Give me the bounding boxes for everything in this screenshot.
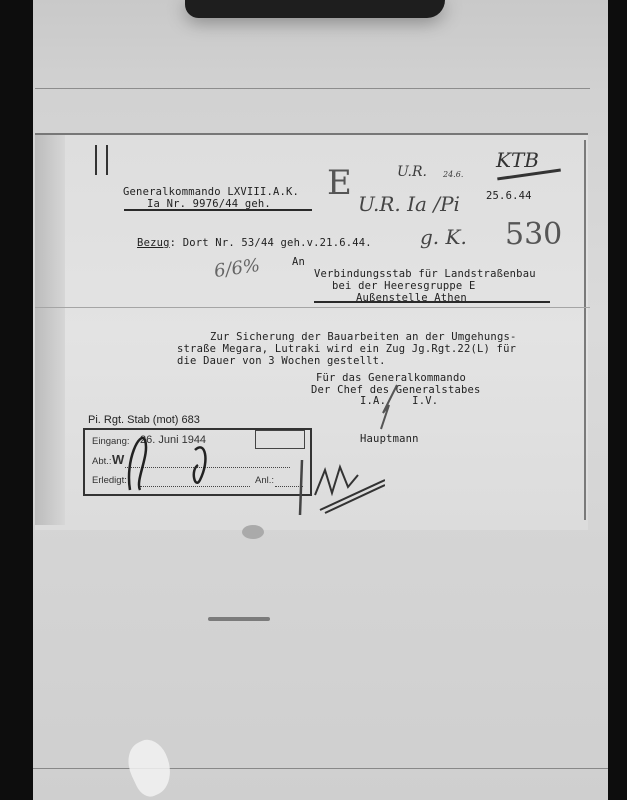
- sender-underline: [124, 209, 312, 211]
- memo-fold: [35, 307, 590, 308]
- handwritten-ur-top: U.R.: [397, 164, 427, 180]
- handwritten-ur-ia-pi: U.R. Ia /Pi: [358, 192, 460, 216]
- reference-text: : Dort Nr. 53/44 geh.v.21.6.44.: [170, 237, 372, 249]
- recipient-underline: [314, 301, 550, 303]
- signature-rank: Hauptmann: [360, 433, 419, 445]
- signature-scribble-icon: [375, 383, 405, 433]
- initials-scribble-icon: [290, 455, 385, 520]
- handwritten-ur-date: 24.6.: [443, 170, 463, 179]
- fold-line-top: [35, 88, 590, 89]
- binder-clip: [185, 0, 445, 18]
- handwritten-number: 530: [505, 217, 562, 252]
- body-line-2: straße Megara, Lutraki wird ein Zug Jg.R…: [177, 343, 516, 355]
- punch-mark: [106, 145, 108, 175]
- handwritten-gk: g. K.: [420, 225, 467, 249]
- body-line-3: die Dauer von 3 Wochen gestellt.: [177, 355, 386, 367]
- stamp-anl-label: Anl.:: [255, 475, 274, 486]
- page-bottom-line: [33, 768, 608, 769]
- paper-streak: [208, 617, 270, 621]
- memo-edge: [584, 140, 586, 520]
- reference-label: Bezug: [137, 237, 170, 249]
- sender-line-1: Generalkommando LXVIII.A.K.: [123, 186, 299, 198]
- handwritten-e-mark: E: [327, 163, 352, 203]
- handwritten-ktb: KTB: [496, 148, 539, 172]
- stamp-abt-label: Abt.:: [92, 456, 112, 467]
- body-line-1: Zur Sicherung der Bauarbeiten an der Umg…: [210, 331, 517, 343]
- punch-mark: [95, 145, 97, 175]
- document-date: 25.6.44: [486, 190, 532, 202]
- memo-shadow: [35, 135, 65, 525]
- stamp-handwriting-icon: [120, 420, 220, 500]
- paper-blot: [242, 525, 264, 539]
- recipient-line-2: bei der Heeresgruppe E: [332, 280, 475, 292]
- stamp-corner-box: [255, 430, 305, 449]
- recipient-line-1: Verbindungsstab für Landstraßenbau: [314, 268, 536, 280]
- recipient-an: An: [292, 256, 305, 268]
